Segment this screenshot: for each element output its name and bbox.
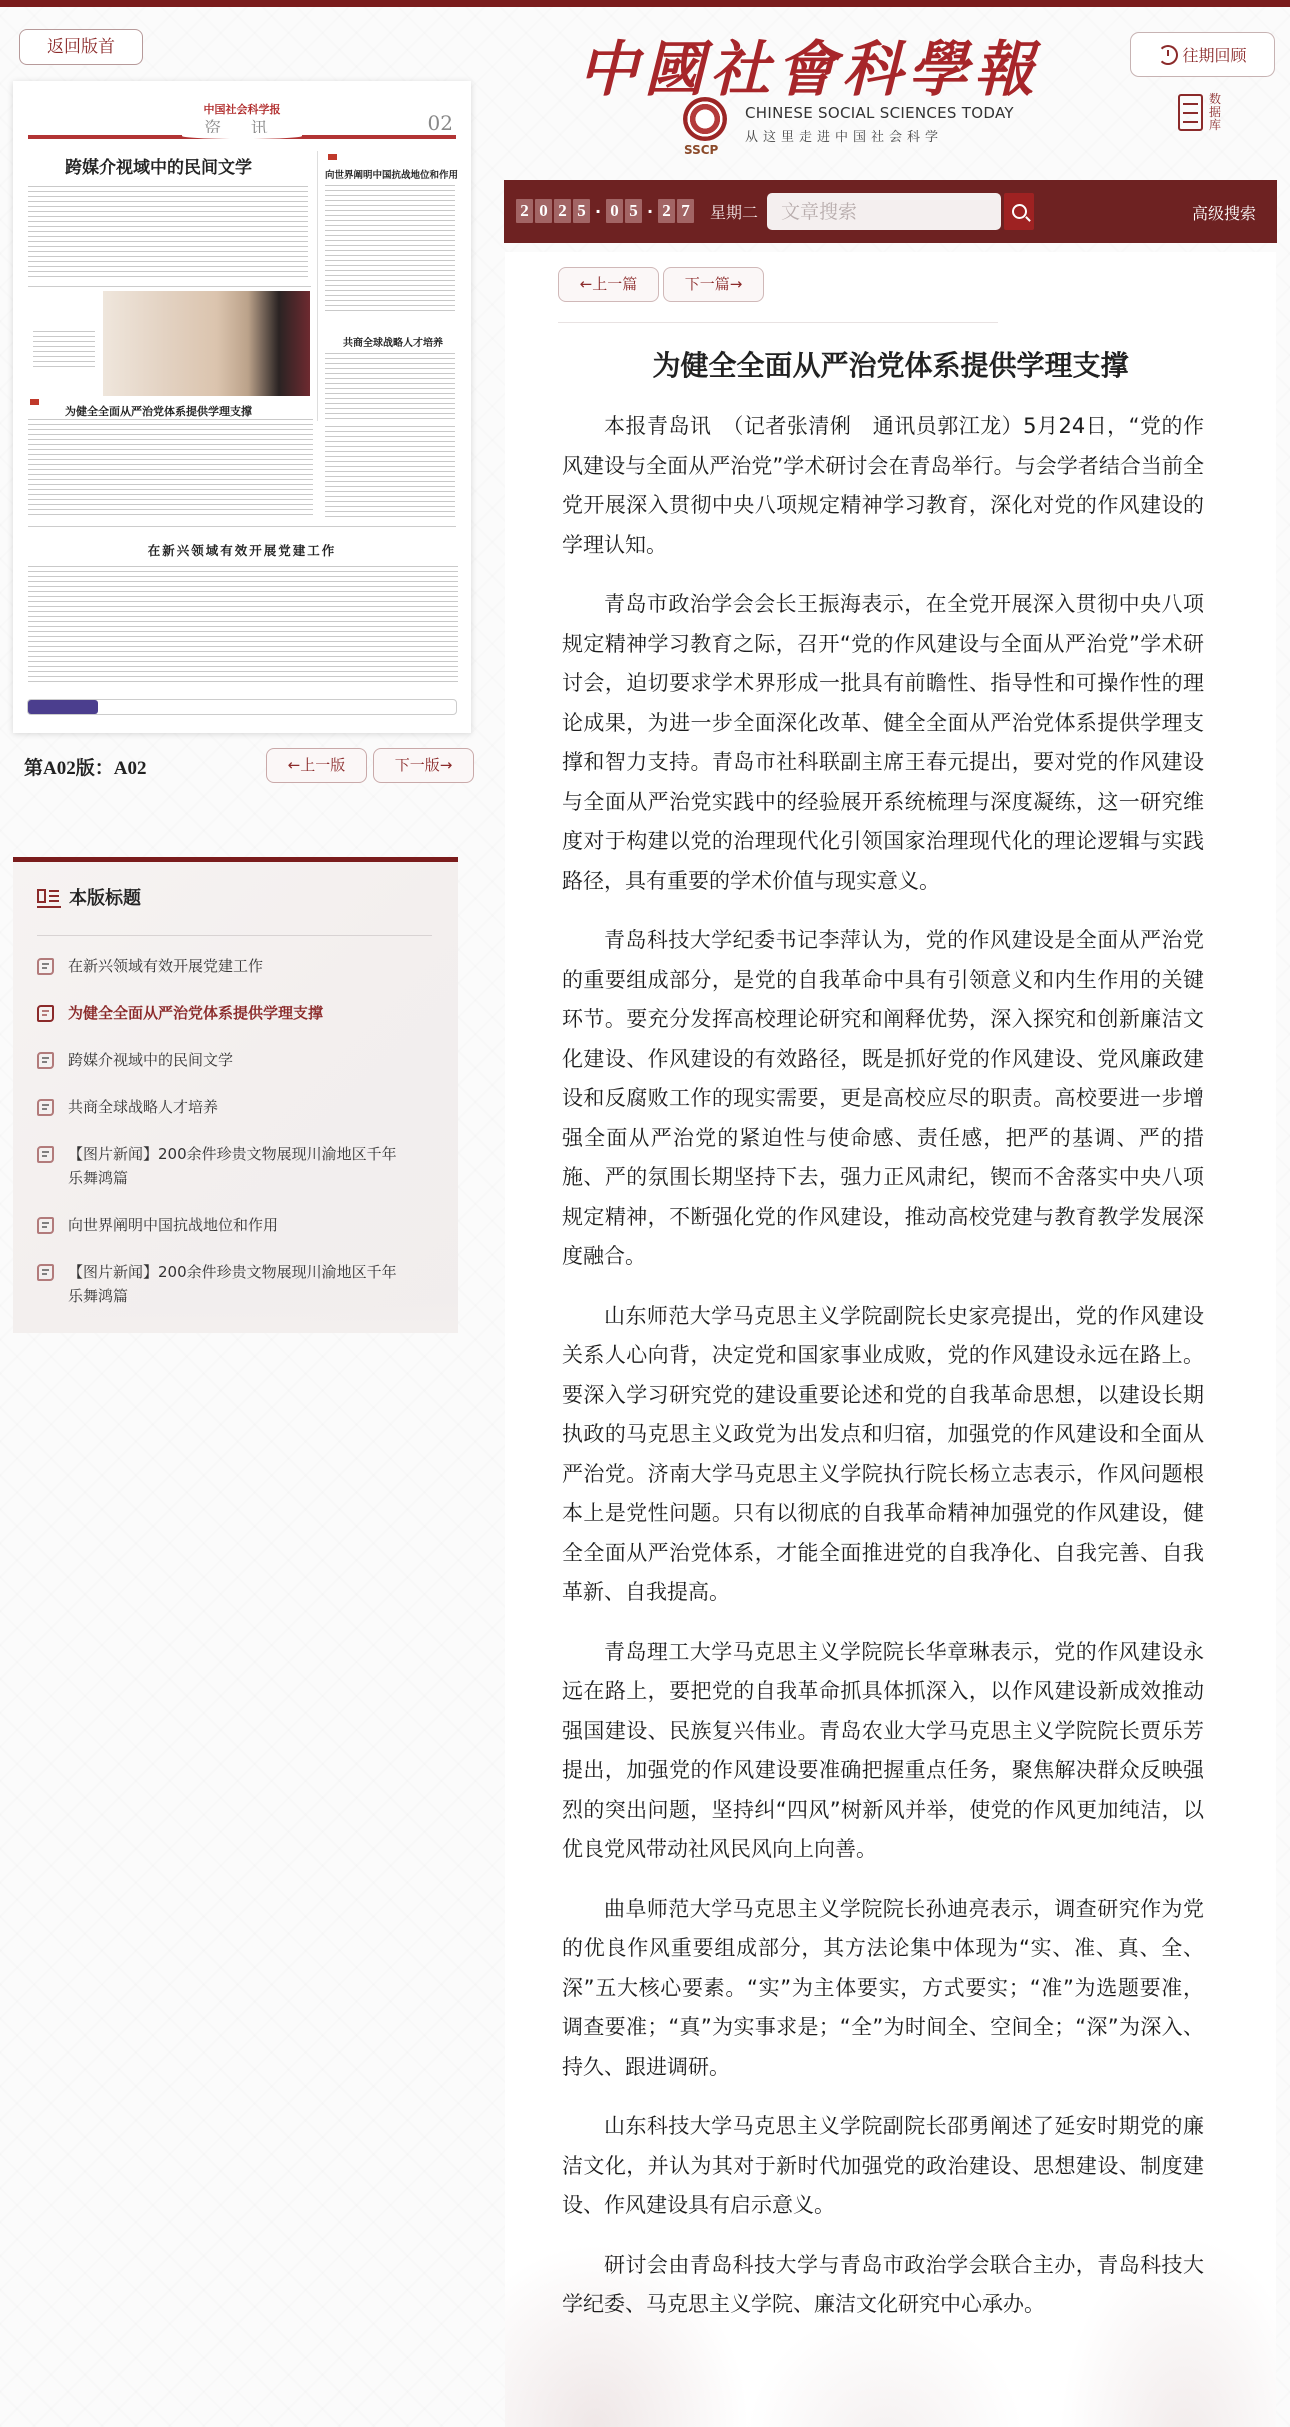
next-page-button[interactable]: 下一版→ [373,748,474,783]
date-search-bar: 2 0 2 5 · 0 5 · 2 7 星期二 高级搜索 [504,180,1277,243]
toc-header: 本版标题 [37,884,141,910]
thumb-text-block [28,566,458,686]
article-paragraph: 研讨会由青岛科技大学与青岛市政治学会联合主办，青岛科技大学纪委、马克思主义学院、… [562,2246,1204,2325]
date-digit: 2 [554,199,571,223]
search-button[interactable] [1004,193,1034,230]
thumb-flag-icon [328,154,337,160]
date-digit: 2 [658,199,675,223]
sscp-label: SSCP [684,143,718,157]
archive-label: 往期回顾 [1182,43,1246,66]
article-paragraph: 山东科技大学马克思主义学院副院长邵勇阐述了延安时期党的廉洁文化，并认为其对于新时… [562,2107,1204,2226]
issue-date: 2 0 2 5 · 0 5 · 2 7 星期二 [516,199,758,223]
history-icon [1158,45,1178,65]
thumb-text-block [325,353,455,421]
thumb-headline[interactable]: 为健全全面从严治党体系提供学理支撑 [65,403,252,419]
article-search-input[interactable] [767,193,1001,230]
article-icon [37,1052,54,1069]
article-paragraph: 青岛科技大学纪委书记李萍认为，党的作风建设是全面从严治党的重要组成部分，是党的自… [562,921,1204,1277]
toc-item-label: 共商全球战略人才培养 [68,1095,218,1119]
thumb-header-rule [28,135,456,139]
next-article-button[interactable]: 下一篇→ [663,267,764,302]
toc-item-label: 【图片新闻】200余件珍贵文物展现川渝地区千年乐舞鸿篇 [68,1260,398,1308]
thumb-headline[interactable]: 跨媒介视域中的民间文学 [65,153,252,178]
toc-item-label: 为健全全面从严治党体系提供学理支撑 [68,1001,323,1025]
toc-item-active[interactable]: 为健全全面从严治党体系提供学理支撑 [37,1001,437,1025]
thumb-text-block [325,185,455,315]
date-digit: 0 [535,199,552,223]
prev-article-button[interactable]: ←上一篇 [558,267,659,302]
page-label: 第A02版：A02 [24,753,146,780]
article-body: 本报青岛讯 （记者张清俐 通讯员郭江龙）5月24日，“党的作风建设与全面从严治党… [562,407,1204,2345]
thumb-column-divider [317,151,318,421]
article-paragraph: 青岛市政治学会会长王振海表示，在全党开展深入贯彻中央八项规定精神学习教育之际，召… [562,585,1204,901]
article-title: 为健全全面从严治党体系提供学理支撑 [505,344,1276,384]
back-to-front-page-button[interactable]: 返回版首 [19,29,143,65]
thumb-headline[interactable]: 向世界阐明中国抗战地位和作用 [325,167,458,181]
thumb-text-block [325,426,455,521]
article-icon [37,1099,54,1116]
date-digit: 5 [625,199,642,223]
article-icon [37,1005,54,1022]
article-icon [37,1264,54,1281]
toc-item[interactable]: 共商全球战略人才培养 [37,1095,437,1119]
toc-item-label: 向世界阐明中国抗战地位和作用 [68,1213,278,1237]
article-icon [37,958,54,975]
date-separator: · [592,202,604,221]
article-paragraph: 曲阜师范大学马克思主义学院院长孙迪亮表示，调查研究作为党的优良作风重要组成部分，… [562,1890,1204,2088]
article-paragraph: 青岛理工大学马克思主义学院院长华章琳表示，党的作风建设永远在路上，要把党的自我革… [562,1633,1204,1870]
weekday-label: 星期二 [710,200,758,223]
thumb-divider [28,526,456,527]
date-separator: · [644,202,656,221]
newspaper-masthead: 中國社會科學報 [578,22,1040,108]
top-accent-bar [0,0,1290,7]
thumb-divider [28,286,311,287]
toc-item[interactable]: 跨媒介视域中的民间文学 [37,1048,437,1072]
toc-item[interactable]: 在新兴领域有效开展党建工作 [37,954,437,978]
thumb-footer-banner [27,699,457,715]
thumb-headline[interactable]: 共商全球战略人才培养 [343,334,443,349]
toc-item-label: 在新兴领域有效开展党建工作 [68,954,263,978]
database-icon [1178,94,1203,131]
prev-page-button[interactable]: ←上一版 [266,748,367,783]
article-panel: ←上一篇 下一篇→ 为健全全面从严治党体系提供学理支撑 本报青岛讯 （记者张清俐… [505,252,1276,2427]
date-digit: 7 [677,199,694,223]
toc-item-label: 【图片新闻】200余件珍贵文物展现川渝地区千年乐舞鸿篇 [68,1142,398,1190]
thumb-page-number: 02 [428,111,453,135]
toc-scroll-fade [13,1303,458,1333]
brand-slogan: 从这里走进中国社会科学 [745,126,943,145]
brand-english-name: CHINESE SOCIAL SCIENCES TODAY [745,104,1014,122]
newspaper-page-thumbnail[interactable]: 中国社会科学报 资 讯 02 跨媒介视域中的民间文学 向世界阐明中国抗战地位和作… [13,81,471,733]
article-icon [37,1217,54,1234]
archive-button[interactable]: 往期回顾 [1130,32,1275,77]
search-icon [1012,204,1027,219]
list-icon [37,887,61,907]
toc-item[interactable]: 【图片新闻】200余件珍贵文物展现川渝地区千年乐舞鸿篇 [37,1142,437,1190]
advanced-search-link[interactable]: 高级搜索 [1192,201,1256,224]
toc-item[interactable]: 向世界阐明中国抗战地位和作用 [37,1213,437,1237]
thumb-headline[interactable]: 在新兴领域有效开展党建工作 [13,541,471,559]
article-icon [37,1146,54,1163]
thumb-flag-icon [30,399,39,405]
database-link[interactable]: 数据库 [1178,93,1221,132]
thumb-news-photo [103,291,310,396]
database-label: 数据库 [1209,93,1221,132]
toc-list: 在新兴领域有效开展党建工作 为健全全面从严治党体系提供学理支撑 跨媒介视域中的民… [37,954,437,1331]
toc-item-label: 跨媒介视域中的民间文学 [68,1048,233,1072]
thumb-caption [33,331,95,371]
date-digit: 5 [573,199,590,223]
article-paragraph: 本报青岛讯 （记者张清俐 通讯员郭江龙）5月24日，“党的作风建设与全面从严治党… [562,407,1204,565]
date-digit: 2 [516,199,533,223]
thumb-text-block [28,186,308,281]
toc-title: 本版标题 [69,884,141,910]
page-headlines-panel: 本版标题 在新兴领域有效开展党建工作 为健全全面从严治党体系提供学理支撑 跨媒介… [13,857,458,1333]
article-paragraph: 山东师范大学马克思主义学院副院长史家亮提出，党的作风建设关系人心向背，决定党和国… [562,1297,1204,1613]
thumb-text-block [28,419,313,519]
sscp-seal-logo [683,97,727,141]
toc-divider [37,935,432,936]
date-digit: 0 [606,199,623,223]
article-divider [558,322,998,323]
toc-item[interactable]: 【图片新闻】200余件珍贵文物展现川渝地区千年乐舞鸿篇 [37,1260,437,1308]
